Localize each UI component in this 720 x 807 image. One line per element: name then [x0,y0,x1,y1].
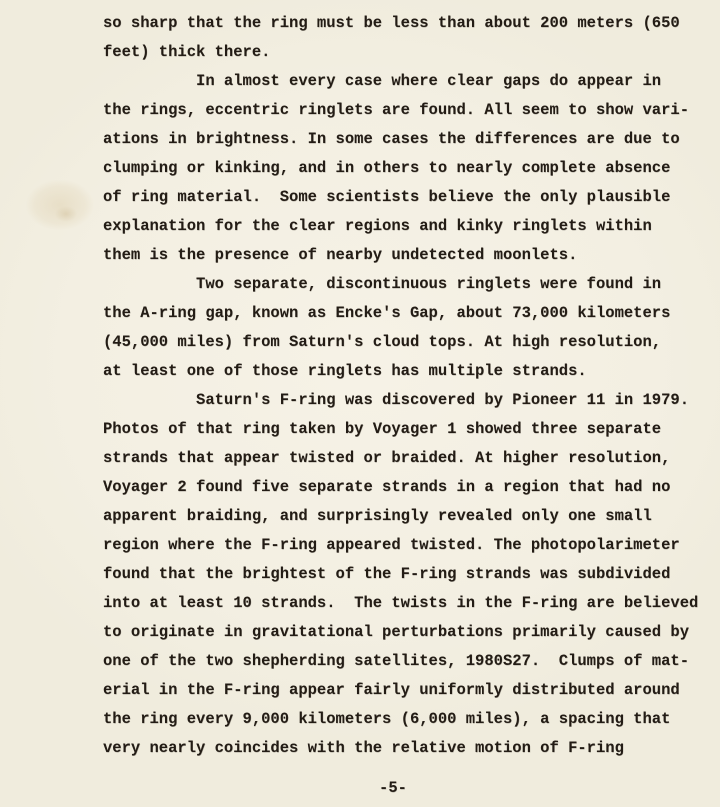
text-line: very nearly coincides with the relative … [103,734,693,763]
text-line: at least one of those ringlets has multi… [103,357,693,386]
text-line: into at least 10 strands. The twists in … [103,589,693,618]
text-line: Two separate, discontinuous ringlets wer… [103,270,693,299]
text-line: clumping or kinking, and in others to ne… [103,154,693,183]
page-number: -5- [103,774,683,803]
text-line: erial in the F-ring appear fairly unifor… [103,676,693,705]
text-line: In almost every case where clear gaps do… [103,67,693,96]
text-line: of ring material. Some scientists believ… [103,183,693,212]
text-line: strands that appear twisted or braided. … [103,444,693,473]
text-line: Saturn's F-ring was discovered by Pionee… [103,386,693,415]
text-line: one of the two shepherding satellites, 1… [103,647,693,676]
text-line: apparent braiding, and surprisingly reve… [103,502,693,531]
text-line: explanation for the clear regions and ki… [103,212,693,241]
body-text: so sharp that the ring must be less than… [103,9,693,763]
text-line: so sharp that the ring must be less than… [103,9,693,38]
text-line: them is the presence of nearby undetecte… [103,241,693,270]
text-line: the rings, eccentric ringlets are found.… [103,96,693,125]
text-line: to originate in gravitational perturbati… [103,618,693,647]
text-line: the A-ring gap, known as Encke's Gap, ab… [103,299,693,328]
text-line: (45,000 miles) from Saturn's cloud tops.… [103,328,693,357]
text-line: Photos of that ring taken by Voyager 1 s… [103,415,693,444]
text-line: the ring every 9,000 kilometers (6,000 m… [103,705,693,734]
text-line: ations in brightness. In some cases the … [103,125,693,154]
text-line: Voyager 2 found five separate strands in… [103,473,693,502]
text-line: region where the F-ring appeared twisted… [103,531,693,560]
document-page: so sharp that the ring must be less than… [0,0,720,807]
text-line: found that the brightest of the F-ring s… [103,560,693,589]
text-line: feet) thick there. [103,38,693,67]
